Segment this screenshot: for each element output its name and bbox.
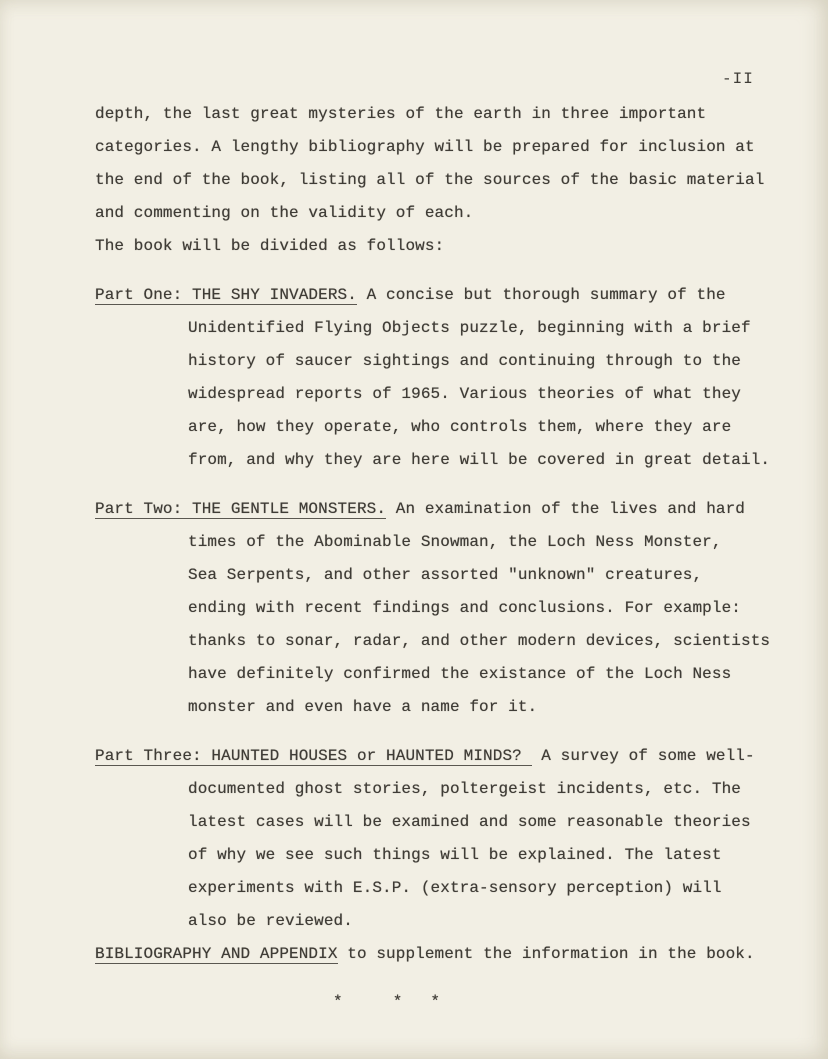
bibliography-tail: to supplement the information in the boo… [338,945,755,963]
text-line: have definitely confirmed the existance … [95,658,788,691]
text-line: Part One: THE SHY INVADERS. A concise bu… [95,279,788,312]
text-line: widespread reports of 1965. Various theo… [95,378,788,411]
bibliography-heading: BIBLIOGRAPHY AND APPENDIX [95,945,338,964]
text-line: Part Three: HAUNTED HOUSES or HAUNTED MI… [95,740,788,773]
part-two-section: Part Two: THE GENTLE MONSTERS. An examin… [95,493,788,724]
part-three-heading: Part Three: HAUNTED HOUSES or HAUNTED MI… [95,747,532,766]
text-line: also be reviewed. [95,905,788,938]
text-line: The book will be divided as follows: [95,230,788,263]
text-line: history of saucer sightings and continui… [95,345,788,378]
text-line: Part Two: THE GENTLE MONSTERS. An examin… [95,493,788,526]
text-line: are, how they operate, who controls them… [95,411,788,444]
text-line: thanks to sonar, radar, and other modern… [95,625,788,658]
text-line: categories. A lengthy bibliography will … [95,131,788,164]
part-one-heading-tail: A concise but thorough summary of the [357,286,726,304]
part-two-heading-tail: An examination of the lives and hard [386,500,745,518]
document-body: depth, the last great mysteries of the e… [0,0,828,1019]
part-three-section: Part Three: HAUNTED HOUSES or HAUNTED MI… [95,740,788,938]
text-line: BIBLIOGRAPHY AND APPENDIX to supplement … [95,938,788,971]
text-line: and commenting on the validity of each. [95,197,788,230]
asterisk-glyph: * [393,986,403,1019]
asterisk-glyph: * [333,986,343,1019]
part-three-heading-tail: A survey of some well- [532,747,755,765]
bibliography-line: BIBLIOGRAPHY AND APPENDIX to supplement … [95,938,788,971]
text-line: latest cases will be examined and some r… [95,806,788,839]
text-line: of why we see such things will be explai… [95,839,788,872]
part-one-heading: Part One: THE SHY INVADERS. [95,286,357,305]
text-line: depth, the last great mysteries of the e… [95,98,788,131]
part-two-heading: Part Two: THE GENTLE MONSTERS. [95,500,386,519]
text-line: from, and why they are here will be cove… [95,444,788,477]
text-line: the end of the book, listing all of the … [95,164,788,197]
asterisk-glyph: * [430,986,440,1019]
intro-paragraph: depth, the last great mysteries of the e… [95,98,788,263]
text-line: Sea Serpents, and other assorted "unknow… [95,559,788,592]
footer-asterisks: *** [95,986,788,1019]
text-line: documented ghost stories, poltergeist in… [95,773,788,806]
manuscript-page: { "page": { "page_number": "-II", "color… [0,0,828,1059]
text-line: ending with recent findings and conclusi… [95,592,788,625]
text-line: Unidentified Flying Objects puzzle, begi… [95,312,788,345]
text-line: times of the Abominable Snowman, the Loc… [95,526,788,559]
text-line: experiments with E.S.P. (extra-sensory p… [95,872,788,905]
page-number: -II [722,70,754,88]
text-line: monster and even have a name for it. [95,691,788,724]
part-one-section: Part One: THE SHY INVADERS. A concise bu… [95,279,788,477]
